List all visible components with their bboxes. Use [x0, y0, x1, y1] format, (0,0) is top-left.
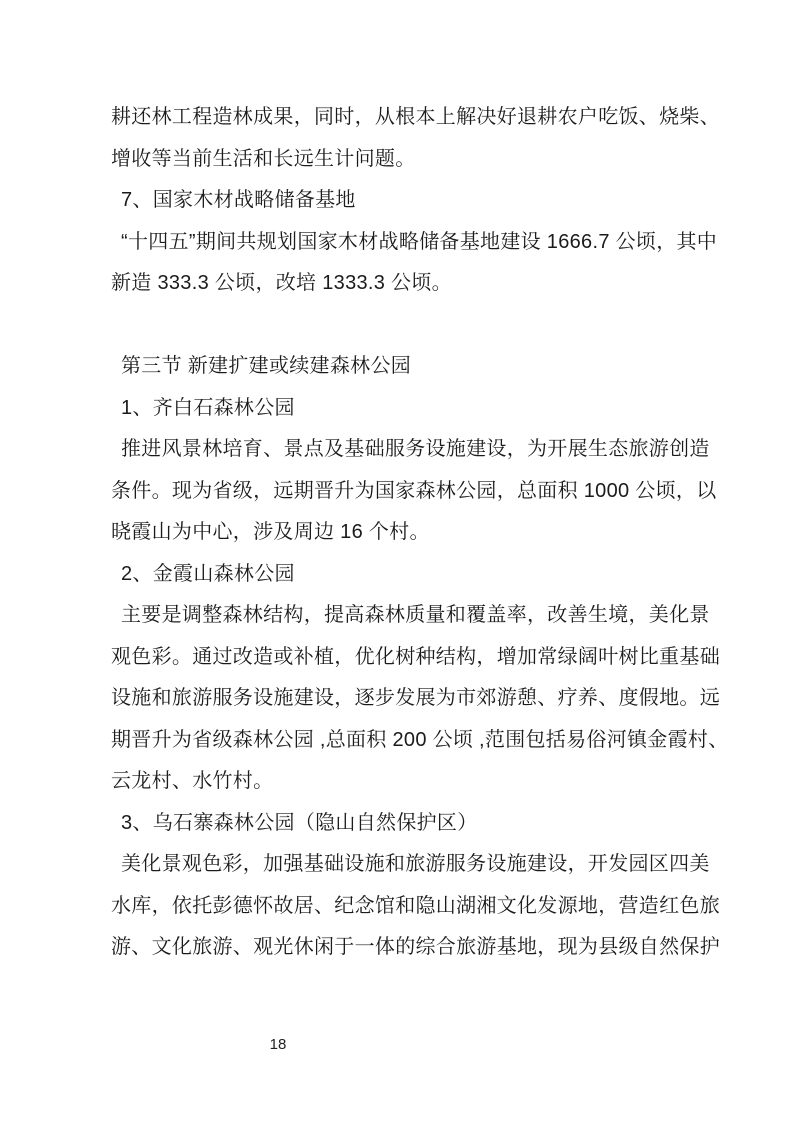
body-line: 新造 333.3 公顷，改培 1333.3 公顷。 [111, 263, 705, 305]
heading-section-3: 第三节 新建扩建或续建森林公园 [111, 346, 715, 388]
body-line: 增收等当前生活和长远生计问题。 [111, 139, 705, 181]
body-line: 云龙村、水竹村。 [111, 761, 705, 803]
heading-item-2: 2、金霞山森林公园 [111, 554, 715, 596]
heading-item-7: 7、国家木材战略储备基地 [111, 180, 715, 222]
document-page: 耕还林工程造林成果，同时，从根本上解决好退耕农户吃饭、烧柴、增收等当前生活和长远… [0, 0, 793, 1122]
body-line: 水库，依托彭德怀故居、纪念馆和隐山湖湘文化发源地，营造红色旅 [111, 886, 705, 928]
body-line: 推进风景林培育、景点及基础服务设施建设，为开展生态旅游创造 [111, 429, 715, 471]
document-text-block: 耕还林工程造林成果，同时，从根本上解决好退耕农户吃饭、烧柴、增收等当前生活和长远… [0, 0, 793, 1122]
body-line: 美化景观色彩，加强基础设施和旅游服务设施建设，开发园区四美 [111, 844, 715, 886]
body-line: 条件。现为省级，远期晋升为国家森林公园，总面积 1000 公顷，以 [111, 471, 705, 513]
body-line: 主要是调整森林结构，提高森林质量和覆盖率，改善生境，美化景 [111, 595, 715, 637]
body-line: 观色彩。通过改造或补植，优化树种结构，增加常绿阔叶树比重基础 [111, 637, 705, 679]
body-line: 期晋升为省级森林公园 ,总面积 200 公顷 ,范围包括易俗河镇金霞村、 [111, 720, 705, 762]
heading-item-3: 3、乌石寨森林公园（隐山自然保护区） [111, 803, 715, 845]
page-number: 18 [248, 1035, 308, 1055]
body-line: 游、文化旅游、观光休闲于一体的综合旅游基地，现为县级自然保护 [111, 927, 705, 969]
body-line: 设施和旅游服务设施建设，逐步发展为市郊游憩、疗养、度假地。远 [111, 678, 705, 720]
heading-item-1: 1、齐白石森林公园 [111, 388, 715, 430]
body-line: 晓霞山为中心，涉及周边 16 个村。 [111, 512, 705, 554]
body-line: “十四五”期间共规划国家木材战略储备基地建设 1666.7 公顷，其中 [111, 222, 715, 264]
body-line: 耕还林工程造林成果，同时，从根本上解决好退耕农户吃饭、烧柴、 [111, 97, 705, 139]
